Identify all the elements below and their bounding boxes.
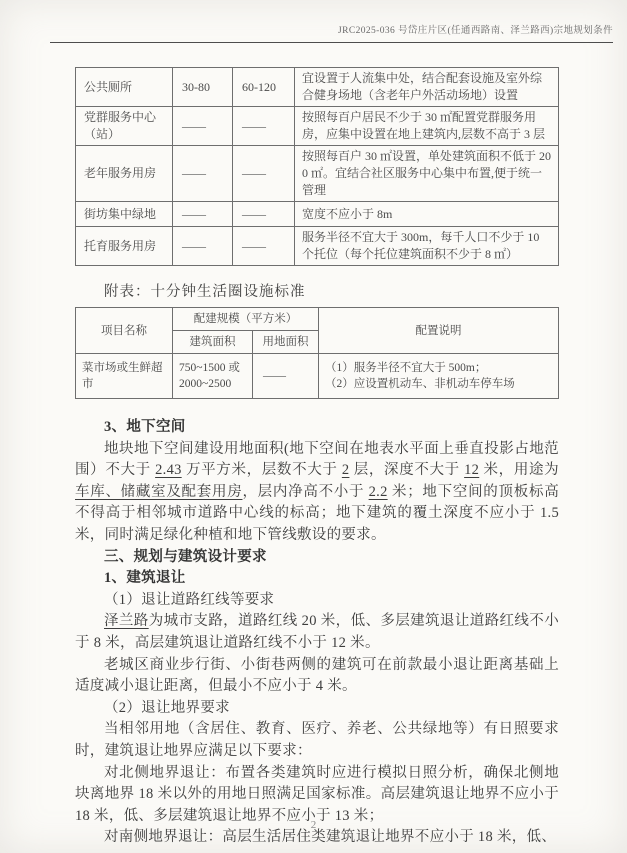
paragraph: 老城区商业步行街、小街巷两侧的建筑可在前款最小退让距离基础上适度减小退让距离，但… [75, 655, 559, 698]
text-segment: 对南侧地界退让：高层生活居住类建筑退让地界不应小于 18 米，低、 [104, 829, 556, 845]
appendix-table: 项目名称 配建规模（平方米） 配置说明 建筑面积 用地面积 菜市场或生鲜超市 7… [75, 307, 559, 399]
table-row: 街坊集中绿地 —— —— 宽度不应小于 8m [76, 202, 559, 227]
text-segment: （1）退让道路红线等要求 [104, 592, 274, 608]
text-segment: ，层内净高不小于 [242, 484, 368, 500]
table-cell: —— [173, 107, 233, 146]
column-header: 建筑面积 [173, 331, 253, 354]
column-header: 配建规模（平方米） [173, 308, 319, 331]
facility-table: 公共厕所 30-80 60-120 宜设置于人流集中处，结合配套设施及室外综合健… [75, 67, 559, 266]
column-header: 项目名称 [76, 308, 173, 354]
paragraph: 当相邻用地（含居住、教育、医疗、养老、公共绿地等）有日照要求时，建筑退让地界应满… [75, 719, 559, 762]
text-segment: 万平方米，层数不大于 [182, 462, 342, 478]
table-cell: 宽度不应小于 8m [295, 202, 559, 227]
table-cell: 菜市场或生鲜超市 [76, 354, 173, 399]
appendix-caption: 附表：十分钟生活圈设施标准 [104, 280, 559, 301]
text-segment: 1、建筑退让 [104, 570, 186, 586]
table-cell: —— [233, 227, 295, 266]
table-cell: 公共厕所 [76, 68, 173, 107]
underlined-text: 车库、储藏室及配套用房 [75, 484, 242, 500]
text-segment: 3、地下空间 [104, 419, 186, 435]
table-cell: —— [173, 146, 233, 202]
underlined-text: 2.2 [369, 484, 388, 500]
table-cell: 托育服务用房 [76, 227, 173, 266]
table-header-row: 项目名称 配建规模（平方米） 配置说明 [76, 308, 559, 331]
table-cell: 60-120 [233, 68, 295, 107]
body-paragraphs: 3、地下空间地块地下空间建设用地面积(地下空间在地表水平面上垂直投影占地范围）不… [75, 417, 559, 849]
table-cell: 街坊集中绿地 [76, 202, 173, 227]
text-segment: 当相邻用地（含居住、教育、医疗、养老、公共绿地等）有日照要求时，建筑退让地界应满… [75, 721, 559, 759]
text-segment: 老城区商业步行街、小街巷两侧的建筑可在前款最小退让距离基础上适度减小退让距离，但… [75, 657, 559, 695]
table-cell: 750~1500 或 2000~2500 [173, 354, 253, 399]
table-cell: 老年服务用房 [76, 146, 173, 202]
table-cell: 按照每百户 30 ㎡设置，单处建筑面积不低于 200 ㎡。宜结合社区服务中心集中… [295, 146, 559, 202]
column-header: 用地面积 [253, 331, 319, 354]
document-page: JRC2025-036 号岱庄片区(任通西路南、泽兰路西)宗地规划条件 公共厕所… [0, 0, 627, 853]
table-cell: —— [253, 354, 319, 399]
table-row: 菜市场或生鲜超市 750~1500 或 2000~2500 —— （1）服务半径… [76, 354, 559, 399]
table-row: 托育服务用房 —— —— 服务半径不宜大于 300m，每千人口不少于 10 个托… [76, 227, 559, 266]
section-heading: 3、地下空间 [75, 417, 559, 439]
table-cell: 30-80 [173, 68, 233, 107]
table-cell: 党群服务中心（站） [76, 107, 173, 146]
table-cell: 服务半径不宜大于 300m，每千人口不少于 10 个托位（每个托位建筑面积不少于… [295, 227, 559, 266]
table-row: 公共厕所 30-80 60-120 宜设置于人流集中处，结合配套设施及室外综合健… [76, 68, 559, 107]
table-cell: 宜设置于人流集中处，结合配套设施及室外综合健身场地（含老年户外活动场地）设置 [295, 68, 559, 107]
text-segment: 层，深度不大于 [349, 462, 464, 478]
table-cell: 按照每百户居民不少于 30 ㎡配置党群服务用房，应集中设置在地上建筑内,层数不高… [295, 107, 559, 146]
table-row: 老年服务用房 —— —— 按照每百户 30 ㎡设置，单处建筑面积不低于 200 … [76, 146, 559, 202]
section-heading: 三、规划与建筑设计要求 [75, 547, 559, 569]
table-cell: —— [233, 107, 295, 146]
text-segment: 对北侧地界退让：布置各类建筑时应进行模拟日照分析，确保北侧地块离地界 18 米以… [75, 765, 559, 824]
table-cell: —— [233, 146, 295, 202]
underlined-text: 12 [464, 462, 479, 478]
table-cell: （1）服务半径不宜大于 500m； （2）应设置机动车、非机动车停车场 [319, 354, 559, 399]
paragraph: 对北侧地界退让：布置各类建筑时应进行模拟日照分析，确保北侧地块离地界 18 米以… [75, 763, 559, 828]
running-header: JRC2025-036 号岱庄片区(任通西路南、泽兰路西)宗地规划条件 [50, 22, 613, 43]
paragraph: （1）退让道路红线等要求 [75, 590, 559, 612]
table-cell: —— [173, 227, 233, 266]
page-content: 公共厕所 30-80 60-120 宜设置于人流集中处，结合配套设施及室外综合健… [75, 67, 559, 849]
table-row: 党群服务中心（站） —— —— 按照每百户居民不少于 30 ㎡配置党群服务用房，… [76, 107, 559, 146]
paragraph: （2）退让地界要求 [75, 698, 559, 720]
table-cell: —— [173, 202, 233, 227]
paragraph: 泽兰路为城市支路，道路红线 20 米，低、多层建筑退让道路红线不小于 8 米，高… [75, 611, 559, 654]
section-heading: 1、建筑退让 [75, 568, 559, 590]
text-segment: 米，用途为 [479, 462, 559, 478]
paragraph: 地块地下空间建设用地面积(地下空间在地表水平面上垂直投影占地范围）不大于 2.4… [75, 439, 559, 547]
text-segment: 三、规划与建筑设计要求 [104, 549, 267, 565]
page-number: 2 [0, 819, 627, 831]
underlined-text: 泽兰路 [104, 613, 149, 629]
table-cell: —— [233, 202, 295, 227]
text-segment: （2）退让地界要求 [104, 700, 230, 716]
underlined-text: 2.43 [155, 462, 182, 478]
column-header: 配置说明 [319, 308, 559, 354]
